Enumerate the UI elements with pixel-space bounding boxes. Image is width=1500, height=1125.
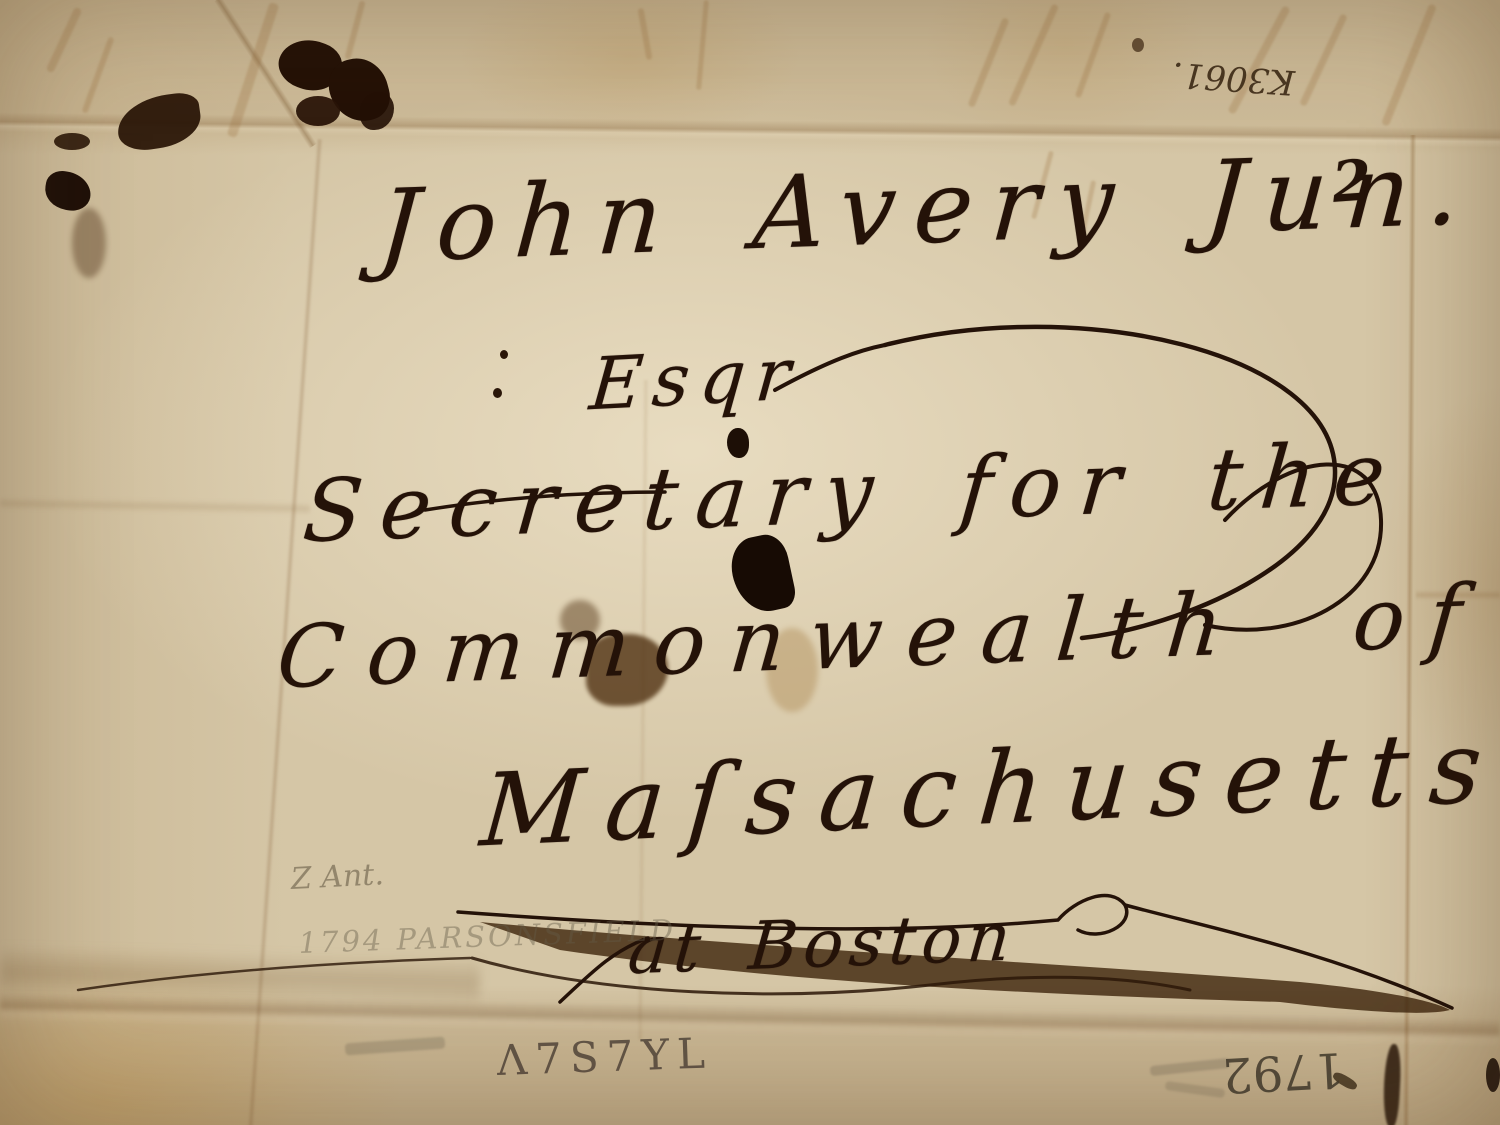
pencil-annotation-line1: Z Ant. [290,857,385,897]
docket-marks-upside-down: Λ7S7YL [496,1028,714,1085]
postal-rate-mark: 2 [1330,147,1373,216]
year-mark-upside-down: 1792 [1221,1041,1346,1103]
manuscript-letter-photo: John Avery Jun. 2 Esqr Secretary for the… [0,0,1500,1125]
catalog-number-upside-down: K3061. [1171,54,1296,102]
address-line-city: at Boston [625,898,1019,989]
address-line-esquire: Esqr [587,331,804,426]
